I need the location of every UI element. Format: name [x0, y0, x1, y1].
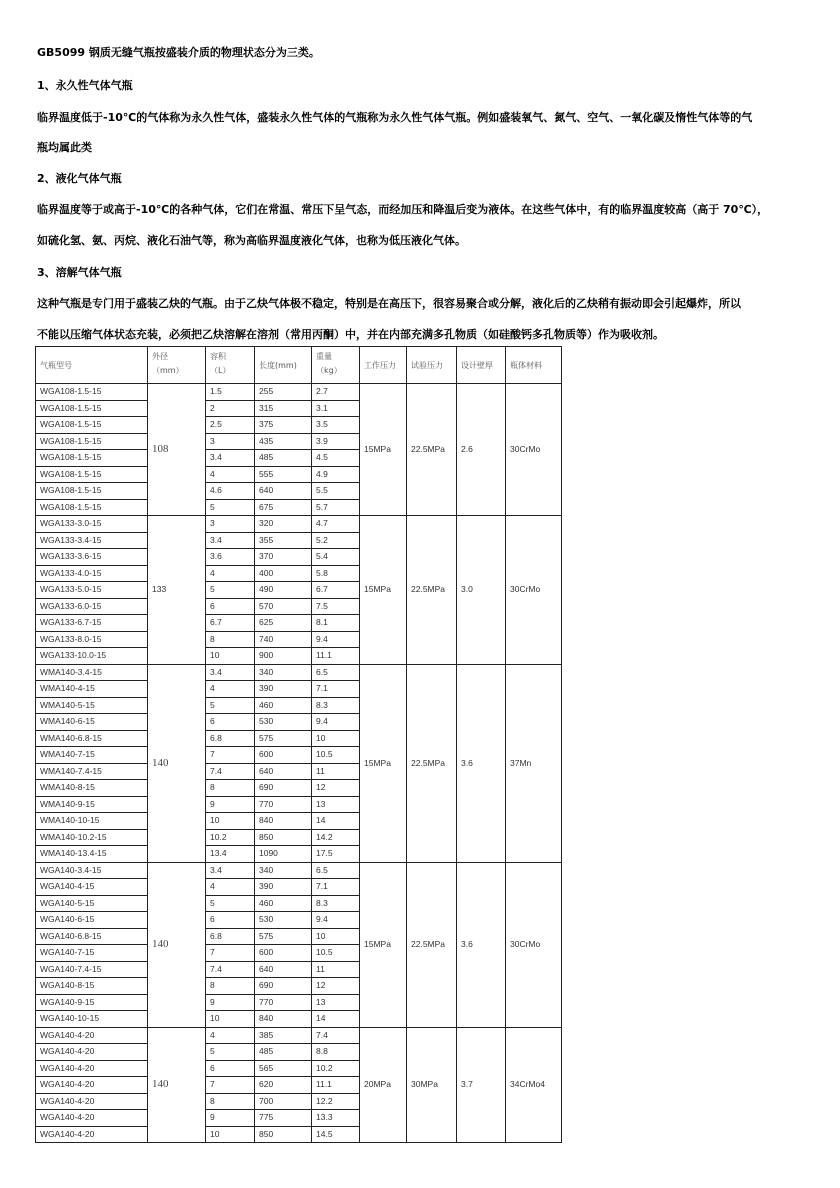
- cell-wall-thickness: 3.6: [457, 862, 506, 1027]
- cell-length: 600: [255, 945, 312, 962]
- cell-model: WMA140-7.4-15: [36, 763, 148, 780]
- section-3-text-line-2: 不能以压缩气体状态充装，必须把乙炔溶解在溶剂（常用丙酮）中，并在内部充满多孔物质…: [37, 326, 664, 342]
- cell-material: 30CrMo: [506, 516, 562, 665]
- section-1-text-line-1: 临界温度低于-10℃的气体称为永久性气体，盛装永久性气体的气瓶称为永久性气体气瓶…: [37, 109, 752, 125]
- section-3-heading: 3、溶解气体气瓶: [37, 264, 122, 280]
- cell-length: 850: [255, 829, 312, 846]
- cell-model: WGA140-5-15: [36, 895, 148, 912]
- cell-length: 575: [255, 730, 312, 747]
- cell-weight: 3.9: [312, 433, 360, 450]
- cell-volume: 6: [206, 1060, 255, 1077]
- section-1-heading: 1、永久性气体气瓶: [37, 77, 133, 93]
- table-row: WGA108-1.5-151081.52552.715MPa22.5MPa2.6…: [36, 384, 562, 401]
- cell-volume: 8: [206, 631, 255, 648]
- cell-volume: 1.5: [206, 384, 255, 401]
- header-weight: 重量（kg）: [312, 347, 360, 384]
- cell-length: 740: [255, 631, 312, 648]
- cell-length: 490: [255, 582, 312, 599]
- cell-weight: 3.1: [312, 400, 360, 417]
- cell-test-pressure: 22.5MPa: [407, 384, 457, 516]
- table-row: WMA140-3.4-151403.43406.515MPa22.5MPa3.6…: [36, 664, 562, 681]
- cell-weight: 9.4: [312, 631, 360, 648]
- cell-volume: 6: [206, 598, 255, 615]
- header-working-pressure-label: 工作压力: [364, 360, 406, 371]
- cell-model: WGA133-3.6-15: [36, 549, 148, 566]
- cell-volume: 6.7: [206, 615, 255, 632]
- cell-weight: 14: [312, 1011, 360, 1028]
- cell-length: 640: [255, 483, 312, 500]
- cell-weight: 8.3: [312, 697, 360, 714]
- cell-length: 575: [255, 928, 312, 945]
- cell-model: WGA140-9-15: [36, 994, 148, 1011]
- cell-weight: 8.3: [312, 895, 360, 912]
- cell-diameter: 140: [148, 664, 206, 862]
- cell-volume: 8: [206, 978, 255, 995]
- cell-volume: 7: [206, 1077, 255, 1094]
- table-row: WGA140-3.4-151403.43406.515MPa22.5MPa3.6…: [36, 862, 562, 879]
- cell-wall-thickness: 3.6: [457, 664, 506, 862]
- header-model-label: 气瓶型号: [40, 360, 147, 371]
- table-row: WGA140-4-2014043857.420MPa30MPa3.734CrMo…: [36, 1027, 562, 1044]
- cell-material: 30CrMo: [506, 384, 562, 516]
- header-volume: 容积（L）: [206, 347, 255, 384]
- cell-weight: 10.5: [312, 945, 360, 962]
- header-length-label: 长度(mm): [259, 360, 311, 371]
- cell-length: 690: [255, 780, 312, 797]
- cell-model: WMA140-9-15: [36, 796, 148, 813]
- cell-model: WGA108-1.5-15: [36, 433, 148, 450]
- cell-model: WMA140-6-15: [36, 714, 148, 731]
- cell-volume: 9: [206, 1110, 255, 1127]
- cell-weight: 12: [312, 978, 360, 995]
- cell-weight: 10: [312, 928, 360, 945]
- cell-volume: 4: [206, 879, 255, 896]
- cell-weight: 6.5: [312, 862, 360, 879]
- cell-length: 565: [255, 1060, 312, 1077]
- header-material: 瓶体材料: [506, 347, 562, 384]
- cell-weight: 4.9: [312, 466, 360, 483]
- cell-model: WGA140-7.4-15: [36, 961, 148, 978]
- header-test-pressure: 试验压力: [407, 347, 457, 384]
- cell-weight: 5.2: [312, 532, 360, 549]
- cell-weight: 4.7: [312, 516, 360, 533]
- table-body: WGA108-1.5-151081.52552.715MPa22.5MPa2.6…: [36, 384, 562, 1143]
- intro-paragraph: GB5099 钢质无缝气瓶按盛装介质的物理状态分为三类。: [37, 44, 320, 60]
- cell-volume: 13.4: [206, 846, 255, 863]
- header-wall-thickness: 设计壁厚: [457, 347, 506, 384]
- cell-model: WGA108-1.5-15: [36, 400, 148, 417]
- cell-length: 675: [255, 499, 312, 516]
- cell-wall-thickness: 2.6: [457, 384, 506, 516]
- header-test-pressure-label: 试验压力: [411, 360, 456, 371]
- cell-weight: 8.1: [312, 615, 360, 632]
- cell-model: WMA140-4-15: [36, 681, 148, 698]
- cell-wall-thickness: 3.0: [457, 516, 506, 665]
- table-row: WGA133-3.0-1513333204.715MPa22.5MPa3.030…: [36, 516, 562, 533]
- cell-test-pressure: 22.5MPa: [407, 516, 457, 665]
- section-2-text-line-1: 临界温度等于或高于-10℃的各种气体，它们在常温、常压下呈气态，而经加压和降温后…: [37, 201, 768, 217]
- cell-model: WMA140-10.2-15: [36, 829, 148, 846]
- cell-weight: 7.1: [312, 681, 360, 698]
- cell-volume: 5: [206, 1044, 255, 1061]
- cell-model: WGA108-1.5-15: [36, 417, 148, 434]
- cell-volume: 4: [206, 565, 255, 582]
- cell-volume: 9: [206, 796, 255, 813]
- cell-volume: 7.4: [206, 763, 255, 780]
- cell-model: WGA108-1.5-15: [36, 483, 148, 500]
- section-2-text-line-2: 如硫化氢、氨、丙烷、液化石油气等，称为高临界温度液化气体，也称为低压液化气体。: [37, 232, 466, 248]
- cell-weight: 6.5: [312, 664, 360, 681]
- header-length: 长度(mm): [255, 347, 312, 384]
- cell-model: WGA140-4-20: [36, 1126, 148, 1143]
- section-3-text-line-1: 这种气瓶是专门用于盛装乙炔的气瓶。由于乙炔气体极不稳定，特别是在高压下，很容易聚…: [37, 295, 741, 311]
- cell-volume: 8: [206, 1093, 255, 1110]
- cell-weight: 9.4: [312, 912, 360, 929]
- cell-length: 385: [255, 1027, 312, 1044]
- header-diameter: 外径（mm）: [148, 347, 206, 384]
- cell-length: 375: [255, 417, 312, 434]
- cell-weight: 10: [312, 730, 360, 747]
- header-model: 气瓶型号: [36, 347, 148, 384]
- cell-model: WGA140-4-20: [36, 1044, 148, 1061]
- cell-working-pressure: 15MPa: [360, 384, 407, 516]
- cell-length: 315: [255, 400, 312, 417]
- cell-volume: 10.2: [206, 829, 255, 846]
- cell-diameter: 140: [148, 862, 206, 1027]
- header-diameter-unit: （mm）: [152, 364, 205, 378]
- cell-diameter: 133: [148, 516, 206, 665]
- cell-length: 530: [255, 912, 312, 929]
- cell-wall-thickness: 3.7: [457, 1027, 506, 1143]
- cell-working-pressure: 20MPa: [360, 1027, 407, 1143]
- cylinder-spec-table: 气瓶型号外径（mm）容积（L）长度(mm)重量（kg）工作压力试验压力设计壁厚瓶…: [35, 346, 562, 1143]
- cell-volume: 7: [206, 945, 255, 962]
- cell-weight: 5.7: [312, 499, 360, 516]
- cell-weight: 14: [312, 813, 360, 830]
- cell-volume: 10: [206, 1011, 255, 1028]
- cell-weight: 9.4: [312, 714, 360, 731]
- cell-length: 340: [255, 664, 312, 681]
- cell-volume: 4: [206, 466, 255, 483]
- cell-model: WGA133-6.7-15: [36, 615, 148, 632]
- header-material-label: 瓶体材料: [510, 360, 561, 371]
- header-weight-unit: （kg）: [316, 364, 359, 378]
- cell-volume: 10: [206, 1126, 255, 1143]
- cell-volume: 5: [206, 499, 255, 516]
- cell-weight: 5.4: [312, 549, 360, 566]
- cell-length: 435: [255, 433, 312, 450]
- cell-volume: 6.8: [206, 928, 255, 945]
- header-weight-label: 重量: [316, 350, 359, 364]
- cell-volume: 3.4: [206, 450, 255, 467]
- section-2-heading: 2、液化气体气瓶: [37, 170, 122, 186]
- cell-weight: 11.1: [312, 1077, 360, 1094]
- cell-length: 1090: [255, 846, 312, 863]
- cell-length: 690: [255, 978, 312, 995]
- cell-length: 625: [255, 615, 312, 632]
- cell-weight: 12.2: [312, 1093, 360, 1110]
- cell-weight: 10.2: [312, 1060, 360, 1077]
- cell-material: 34CrMo4: [506, 1027, 562, 1143]
- cell-test-pressure: 22.5MPa: [407, 862, 457, 1027]
- cell-volume: 10: [206, 648, 255, 665]
- cell-length: 770: [255, 994, 312, 1011]
- cell-volume: 4: [206, 1027, 255, 1044]
- cell-weight: 6.7: [312, 582, 360, 599]
- cell-weight: 7.5: [312, 598, 360, 615]
- cell-length: 460: [255, 895, 312, 912]
- cell-model: WGA140-7-15: [36, 945, 148, 962]
- cell-volume: 6: [206, 714, 255, 731]
- cell-model: WGA133-6.0-15: [36, 598, 148, 615]
- cell-model: WGA108-1.5-15: [36, 499, 148, 516]
- cell-model: WGA140-4-20: [36, 1060, 148, 1077]
- cell-model: WMA140-7-15: [36, 747, 148, 764]
- cell-model: WGA108-1.5-15: [36, 450, 148, 467]
- cell-weight: 5.5: [312, 483, 360, 500]
- cell-weight: 2.7: [312, 384, 360, 401]
- cell-weight: 14.2: [312, 829, 360, 846]
- cell-model: WGA140-4-20: [36, 1110, 148, 1127]
- cell-length: 320: [255, 516, 312, 533]
- cell-volume: 7: [206, 747, 255, 764]
- cell-length: 640: [255, 763, 312, 780]
- cell-model: WGA108-1.5-15: [36, 466, 148, 483]
- cell-model: WGA140-4-20: [36, 1077, 148, 1094]
- cell-diameter: 108: [148, 384, 206, 516]
- cell-model: WMA140-13.4-15: [36, 846, 148, 863]
- header-working-pressure: 工作压力: [360, 347, 407, 384]
- cell-weight: 11: [312, 961, 360, 978]
- cell-volume: 5: [206, 697, 255, 714]
- cell-length: 255: [255, 384, 312, 401]
- cell-weight: 17.5: [312, 846, 360, 863]
- cell-length: 600: [255, 747, 312, 764]
- cell-length: 770: [255, 796, 312, 813]
- cell-model: WGA140-6.8-15: [36, 928, 148, 945]
- cell-model: WMA140-6.8-15: [36, 730, 148, 747]
- cell-length: 700: [255, 1093, 312, 1110]
- cell-volume: 2.5: [206, 417, 255, 434]
- header-volume-unit: （L）: [210, 364, 254, 378]
- cell-working-pressure: 15MPa: [360, 516, 407, 665]
- cell-test-pressure: 22.5MPa: [407, 664, 457, 862]
- cell-volume: 3.4: [206, 862, 255, 879]
- cell-length: 900: [255, 648, 312, 665]
- cell-volume: 10: [206, 813, 255, 830]
- cell-volume: 3.4: [206, 532, 255, 549]
- cell-weight: 12: [312, 780, 360, 797]
- cell-length: 485: [255, 1044, 312, 1061]
- cell-volume: 9: [206, 994, 255, 1011]
- cell-model: WGA140-10-15: [36, 1011, 148, 1028]
- cell-weight: 8.8: [312, 1044, 360, 1061]
- cell-length: 620: [255, 1077, 312, 1094]
- cell-length: 400: [255, 565, 312, 582]
- cell-length: 555: [255, 466, 312, 483]
- cell-weight: 7.4: [312, 1027, 360, 1044]
- cell-length: 840: [255, 1011, 312, 1028]
- cell-volume: 3: [206, 516, 255, 533]
- cell-volume: 5: [206, 582, 255, 599]
- cell-volume: 4: [206, 681, 255, 698]
- cell-model: WGA140-3.4-15: [36, 862, 148, 879]
- cell-weight: 13.3: [312, 1110, 360, 1127]
- cell-length: 355: [255, 532, 312, 549]
- cell-volume: 7.4: [206, 961, 255, 978]
- cell-weight: 5.8: [312, 565, 360, 582]
- cell-test-pressure: 30MPa: [407, 1027, 457, 1143]
- cell-length: 840: [255, 813, 312, 830]
- cell-length: 640: [255, 961, 312, 978]
- cell-model: WGA133-10.0-15: [36, 648, 148, 665]
- cell-model: WMA140-3.4-15: [36, 664, 148, 681]
- cell-length: 370: [255, 549, 312, 566]
- cell-length: 775: [255, 1110, 312, 1127]
- cell-working-pressure: 15MPa: [360, 664, 407, 862]
- cell-model: WGA133-3.0-15: [36, 516, 148, 533]
- cell-working-pressure: 15MPa: [360, 862, 407, 1027]
- cell-model: WGA108-1.5-15: [36, 384, 148, 401]
- cell-weight: 7.1: [312, 879, 360, 896]
- section-1-text-line-2: 瓶均属此类: [37, 139, 92, 155]
- header-diameter-label: 外径: [152, 350, 205, 364]
- cell-model: WGA133-3.4-15: [36, 532, 148, 549]
- cell-model: WGA140-8-15: [36, 978, 148, 995]
- cell-model: WGA133-8.0-15: [36, 631, 148, 648]
- cell-weight: 11: [312, 763, 360, 780]
- cell-length: 530: [255, 714, 312, 731]
- cell-volume: 3.4: [206, 664, 255, 681]
- cell-material: 37Mn: [506, 664, 562, 862]
- header-wall-thickness-label: 设计壁厚: [461, 360, 505, 371]
- cell-material: 30CrMo: [506, 862, 562, 1027]
- cell-weight: 13: [312, 796, 360, 813]
- cell-volume: 2: [206, 400, 255, 417]
- cell-length: 340: [255, 862, 312, 879]
- cell-volume: 4.6: [206, 483, 255, 500]
- cell-weight: 14.5: [312, 1126, 360, 1143]
- cell-volume: 5: [206, 895, 255, 912]
- cell-model: WGA133-4.0-15: [36, 565, 148, 582]
- cell-model: WGA140-4-15: [36, 879, 148, 896]
- cell-length: 460: [255, 697, 312, 714]
- cell-length: 485: [255, 450, 312, 467]
- cell-model: WMA140-8-15: [36, 780, 148, 797]
- cell-weight: 11.1: [312, 648, 360, 665]
- cell-volume: 3.6: [206, 549, 255, 566]
- cell-model: WGA140-4-20: [36, 1093, 148, 1110]
- table-header-row: 气瓶型号外径（mm）容积（L）长度(mm)重量（kg）工作压力试验压力设计壁厚瓶…: [36, 347, 562, 384]
- cell-length: 850: [255, 1126, 312, 1143]
- cell-length: 570: [255, 598, 312, 615]
- cell-weight: 10.5: [312, 747, 360, 764]
- cell-volume: 8: [206, 780, 255, 797]
- cell-model: WGA133-5.0-15: [36, 582, 148, 599]
- cell-volume: 3: [206, 433, 255, 450]
- cell-model: WMA140-5-15: [36, 697, 148, 714]
- cell-model: WGA140-6-15: [36, 912, 148, 929]
- cell-volume: 6.8: [206, 730, 255, 747]
- cell-weight: 4.5: [312, 450, 360, 467]
- cell-model: WGA140-4-20: [36, 1027, 148, 1044]
- cell-model: WMA140-10-15: [36, 813, 148, 830]
- cell-length: 390: [255, 681, 312, 698]
- cell-volume: 6: [206, 912, 255, 929]
- cell-weight: 13: [312, 994, 360, 1011]
- cell-diameter: 140: [148, 1027, 206, 1143]
- cell-length: 390: [255, 879, 312, 896]
- cell-weight: 3.5: [312, 417, 360, 434]
- header-volume-label: 容积: [210, 350, 254, 364]
